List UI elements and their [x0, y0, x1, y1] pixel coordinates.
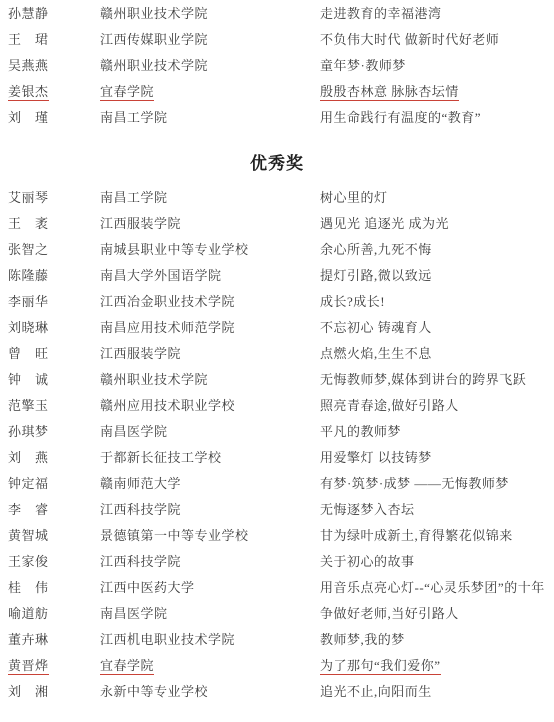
school-name-text: 赣州职业技术学院	[100, 58, 208, 73]
table-row: 王 珺江西传媒职业学院不负伟大时代 做新时代好老师	[8, 31, 554, 57]
table-row: 姜银杰宜春学院殷殷杏林意 脉脉杏坛情	[8, 83, 554, 109]
table-row: 陈隆藤南昌大学外国语学院提灯引路,微以致远	[8, 267, 554, 293]
table-row: 桂 伟江西中医药大学用音乐点亮心灯--“心灵乐梦团”的十年	[8, 579, 554, 605]
recipient-name-text: 姜银杰	[8, 84, 49, 101]
school-name: 南昌应用技术师范学院	[100, 319, 320, 336]
entry-title-text: 用音乐点亮心灯--“心灵乐梦团”的十年	[320, 580, 545, 595]
table-row: 李 睿江西科技学院无悔逐梦入杏坛	[8, 501, 554, 527]
entry-title-text: 走进教育的幸福港湾	[320, 6, 442, 21]
school-name-text: 江西机电职业技术学院	[100, 632, 235, 647]
entry-title-text: 为了那句“我们爱你”	[320, 658, 441, 675]
recipient-name-text: 陈隆藤	[8, 268, 49, 283]
entry-title: 追光不止,向阳而生	[320, 683, 554, 700]
table-row: 李丽华江西冶金职业技术学院成长?成长!	[8, 293, 554, 319]
school-name-text: 南昌医学院	[100, 424, 168, 439]
recipient-name: 王家俊	[8, 553, 100, 570]
school-name: 赣州职业技术学院	[100, 371, 320, 388]
school-name: 于都新长征技工学校	[100, 449, 320, 466]
recipient-name: 曾 旺	[8, 345, 100, 362]
table-row: 王 袤江西服装学院遇见光 追逐光 成为光	[8, 215, 554, 241]
school-name-text: 江西服装学院	[100, 346, 181, 361]
school-name: 南昌医学院	[100, 423, 320, 440]
entry-title: 提灯引路,微以致远	[320, 267, 554, 284]
recipient-name: 刘 湘	[8, 683, 100, 700]
school-name-text: 南昌工学院	[100, 110, 168, 125]
recipient-name: 孙琪梦	[8, 423, 100, 440]
entry-title-text: 平凡的教师梦	[320, 424, 401, 439]
entry-title-text: 树心里的灯	[320, 190, 388, 205]
recipient-name: 黄晋烨	[8, 657, 100, 674]
entry-title: 殷殷杏林意 脉脉杏坛情	[320, 83, 554, 100]
entry-title-text: 甘为绿叶成新土,育得繁花似锦来	[320, 528, 513, 543]
excellence-award-list: 艾丽琴南昌工学院树心里的灯王 袤江西服装学院遇见光 追逐光 成为光张智之南城县职…	[0, 189, 554, 709]
entry-title: 教师梦,我的梦	[320, 631, 554, 648]
award-list-page: 孙慧静赣州职业技术学院走进教育的幸福港湾王 珺江西传媒职业学院不负伟大时代 做新…	[0, 0, 554, 709]
table-row: 艾丽琴南昌工学院树心里的灯	[8, 189, 554, 215]
school-name-text: 于都新长征技工学校	[100, 450, 222, 465]
recipient-name-text: 喻道舫	[8, 606, 49, 621]
recipient-name-text: 李丽华	[8, 294, 49, 309]
school-name-text: 景德镇第一中等专业学校	[100, 528, 249, 543]
table-row: 董卉琳江西机电职业技术学院教师梦,我的梦	[8, 631, 554, 657]
table-row: 刘 瑾南昌工学院用生命践行有温度的“教育”	[8, 109, 554, 135]
entry-title: 无悔教师梦,媒体到讲台的跨界飞跃	[320, 371, 554, 388]
entry-title-text: 不负伟大时代 做新时代好老师	[320, 32, 499, 47]
table-row: 曾 旺江西服装学院点燃火焰,生生不息	[8, 345, 554, 371]
table-row: 黄智城景德镇第一中等专业学校甘为绿叶成新土,育得繁花似锦来	[8, 527, 554, 553]
recipient-name-text: 李 睿	[8, 502, 49, 517]
section-heading: 优秀奖	[0, 149, 554, 174]
recipient-name-text: 桂 伟	[8, 580, 49, 595]
entry-title: 遇见光 追逐光 成为光	[320, 215, 554, 232]
recipient-name: 刘 燕	[8, 449, 100, 466]
entry-title: 余心所善,九死不悔	[320, 241, 554, 258]
school-name: 江西机电职业技术学院	[100, 631, 320, 648]
recipient-name-text: 黄晋烨	[8, 658, 49, 675]
entry-title: 关于初心的故事	[320, 553, 554, 570]
recipient-name: 钟定福	[8, 475, 100, 492]
entry-title-text: 关于初心的故事	[320, 554, 415, 569]
school-name: 赣州职业技术学院	[100, 57, 320, 74]
school-name: 江西冶金职业技术学院	[100, 293, 320, 310]
recipient-name: 刘 瑾	[8, 109, 100, 126]
entry-title-text: 用生命践行有温度的“教育”	[320, 110, 481, 125]
school-name-text: 南城县职业中等专业学校	[100, 242, 249, 257]
recipient-name-text: 曾 旺	[8, 346, 49, 361]
recipient-name: 喻道舫	[8, 605, 100, 622]
school-name: 南昌大学外国语学院	[100, 267, 320, 284]
entry-title: 甘为绿叶成新土,育得繁花似锦来	[320, 527, 554, 544]
school-name-text: 赣州职业技术学院	[100, 6, 208, 21]
recipient-name: 黄智城	[8, 527, 100, 544]
school-name-text: 南昌医学院	[100, 606, 168, 621]
school-name-text: 江西科技学院	[100, 554, 181, 569]
recipient-name-text: 钟 诚	[8, 372, 49, 387]
school-name-text: 赣州应用技术职业学校	[100, 398, 235, 413]
entry-title: 争做好老师,当好引路人	[320, 605, 554, 622]
school-name-text: 江西传媒职业学院	[100, 32, 208, 47]
table-row: 王家俊江西科技学院关于初心的故事	[8, 553, 554, 579]
entry-title-text: 追光不止,向阳而生	[320, 684, 432, 699]
entry-title: 用音乐点亮心灯--“心灵乐梦团”的十年	[320, 579, 554, 596]
school-name-text: 江西服装学院	[100, 216, 181, 231]
recipient-name-text: 刘晓琳	[8, 320, 49, 335]
school-name: 南城县职业中等专业学校	[100, 241, 320, 258]
table-row: 吴燕燕赣州职业技术学院童年梦·教师梦	[8, 57, 554, 83]
recipient-name: 李 睿	[8, 501, 100, 518]
table-row: 钟 诚赣州职业技术学院无悔教师梦,媒体到讲台的跨界飞跃	[8, 371, 554, 397]
school-name-text: 永新中等专业学校	[100, 684, 208, 699]
table-row: 刘 燕于都新长征技工学校用爱擎灯 以技铸梦	[8, 449, 554, 475]
table-row: 钟定福赣南师范大学有梦·筑梦·成梦 ——无悔教师梦	[8, 475, 554, 501]
entry-title-text: 有梦·筑梦·成梦 ——无悔教师梦	[320, 476, 509, 491]
entry-title-text: 不忘初心 铸魂育人	[320, 320, 432, 335]
entry-title-text: 无悔教师梦,媒体到讲台的跨界飞跃	[320, 372, 526, 387]
school-name: 江西服装学院	[100, 345, 320, 362]
table-row: 孙琪梦南昌医学院平凡的教师梦	[8, 423, 554, 449]
recipient-name-text: 范擎玉	[8, 398, 49, 413]
recipient-name: 钟 诚	[8, 371, 100, 388]
school-name-text: 宜春学院	[100, 84, 154, 101]
entry-title-text: 点燃火焰,生生不息	[320, 346, 432, 361]
school-name-text: 江西中医药大学	[100, 580, 195, 595]
recipient-name-text: 王 袤	[8, 216, 49, 231]
entry-title-text: 提灯引路,微以致远	[320, 268, 432, 283]
recipient-name: 艾丽琴	[8, 189, 100, 206]
entry-title: 不负伟大时代 做新时代好老师	[320, 31, 554, 48]
recipient-name: 范擎玉	[8, 397, 100, 414]
recipient-name: 吴燕燕	[8, 57, 100, 74]
school-name: 景德镇第一中等专业学校	[100, 527, 320, 544]
school-name-text: 南昌工学院	[100, 190, 168, 205]
entry-title-text: 余心所善,九死不悔	[320, 242, 432, 257]
recipient-name: 张智之	[8, 241, 100, 258]
table-row: 张智之南城县职业中等专业学校余心所善,九死不悔	[8, 241, 554, 267]
recipient-name-text: 吴燕燕	[8, 58, 49, 73]
recipient-name-text: 王家俊	[8, 554, 49, 569]
school-name: 赣州职业技术学院	[100, 5, 320, 22]
recipient-name-text: 董卉琳	[8, 632, 49, 647]
recipient-name-text: 刘 瑾	[8, 110, 49, 125]
table-row: 孙慧静赣州职业技术学院走进教育的幸福港湾	[8, 5, 554, 31]
entry-title: 无悔逐梦入杏坛	[320, 501, 554, 518]
recipient-name: 姜银杰	[8, 83, 100, 100]
recipient-name-text: 王 珺	[8, 32, 49, 47]
entry-title: 成长?成长!	[320, 293, 554, 310]
entry-title-text: 用爱擎灯 以技铸梦	[320, 450, 432, 465]
recipient-name-text: 孙慧静	[8, 6, 49, 21]
entry-title-text: 童年梦·教师梦	[320, 58, 406, 73]
entry-title-text: 照亮青春途,做好引路人	[320, 398, 459, 413]
school-name: 江西科技学院	[100, 501, 320, 518]
table-row: 刘晓琳南昌应用技术师范学院不忘初心 铸魂育人	[8, 319, 554, 345]
school-name-text: 宜春学院	[100, 658, 154, 675]
entry-title: 点燃火焰,生生不息	[320, 345, 554, 362]
entry-title-text: 遇见光 追逐光 成为光	[320, 216, 449, 231]
entry-title: 不忘初心 铸魂育人	[320, 319, 554, 336]
recipient-name-text: 张智之	[8, 242, 49, 257]
recipient-name: 董卉琳	[8, 631, 100, 648]
recipient-name-text: 钟定福	[8, 476, 49, 491]
school-name: 赣州应用技术职业学校	[100, 397, 320, 414]
entry-title: 为了那句“我们爱你”	[320, 657, 554, 674]
entry-title-text: 成长?成长!	[320, 294, 385, 309]
school-name: 宜春学院	[100, 657, 320, 674]
school-name: 江西科技学院	[100, 553, 320, 570]
table-row: 喻道舫南昌医学院争做好老师,当好引路人	[8, 605, 554, 631]
recipient-name: 刘晓琳	[8, 319, 100, 336]
recipient-name-text: 刘 湘	[8, 684, 49, 699]
entry-title: 树心里的灯	[320, 189, 554, 206]
school-name: 江西中医药大学	[100, 579, 320, 596]
entry-title: 用爱擎灯 以技铸梦	[320, 449, 554, 466]
entry-title-text: 无悔逐梦入杏坛	[320, 502, 415, 517]
table-row: 范擎玉赣州应用技术职业学校照亮青春途,做好引路人	[8, 397, 554, 423]
entry-title: 有梦·筑梦·成梦 ——无悔教师梦	[320, 475, 554, 492]
winner-list-top: 孙慧静赣州职业技术学院走进教育的幸福港湾王 珺江西传媒职业学院不负伟大时代 做新…	[0, 5, 554, 135]
school-name: 江西传媒职业学院	[100, 31, 320, 48]
recipient-name: 王 珺	[8, 31, 100, 48]
school-name-text: 江西科技学院	[100, 502, 181, 517]
recipient-name: 王 袤	[8, 215, 100, 232]
entry-title-text: 教师梦,我的梦	[320, 632, 405, 647]
school-name: 南昌工学院	[100, 109, 320, 126]
school-name: 赣南师范大学	[100, 475, 320, 492]
school-name-text: 江西冶金职业技术学院	[100, 294, 235, 309]
school-name: 江西服装学院	[100, 215, 320, 232]
recipient-name: 陈隆藤	[8, 267, 100, 284]
school-name: 南昌医学院	[100, 605, 320, 622]
recipient-name-text: 刘 燕	[8, 450, 49, 465]
school-name: 南昌工学院	[100, 189, 320, 206]
school-name: 宜春学院	[100, 83, 320, 100]
entry-title: 用生命践行有温度的“教育”	[320, 109, 554, 126]
recipient-name: 桂 伟	[8, 579, 100, 596]
entry-title-text: 争做好老师,当好引路人	[320, 606, 459, 621]
recipient-name-text: 黄智城	[8, 528, 49, 543]
recipient-name: 孙慧静	[8, 5, 100, 22]
entry-title: 走进教育的幸福港湾	[320, 5, 554, 22]
entry-title: 照亮青春途,做好引路人	[320, 397, 554, 414]
school-name-text: 南昌应用技术师范学院	[100, 320, 235, 335]
recipient-name: 李丽华	[8, 293, 100, 310]
entry-title: 平凡的教师梦	[320, 423, 554, 440]
table-row: 黄晋烨宜春学院为了那句“我们爱你”	[8, 657, 554, 683]
school-name-text: 南昌大学外国语学院	[100, 268, 222, 283]
table-row: 刘 湘永新中等专业学校追光不止,向阳而生	[8, 683, 554, 709]
school-name-text: 赣州职业技术学院	[100, 372, 208, 387]
entry-title: 童年梦·教师梦	[320, 57, 554, 74]
school-name: 永新中等专业学校	[100, 683, 320, 700]
recipient-name-text: 艾丽琴	[8, 190, 49, 205]
school-name-text: 赣南师范大学	[100, 476, 181, 491]
entry-title-text: 殷殷杏林意 脉脉杏坛情	[320, 84, 459, 101]
recipient-name-text: 孙琪梦	[8, 424, 49, 439]
